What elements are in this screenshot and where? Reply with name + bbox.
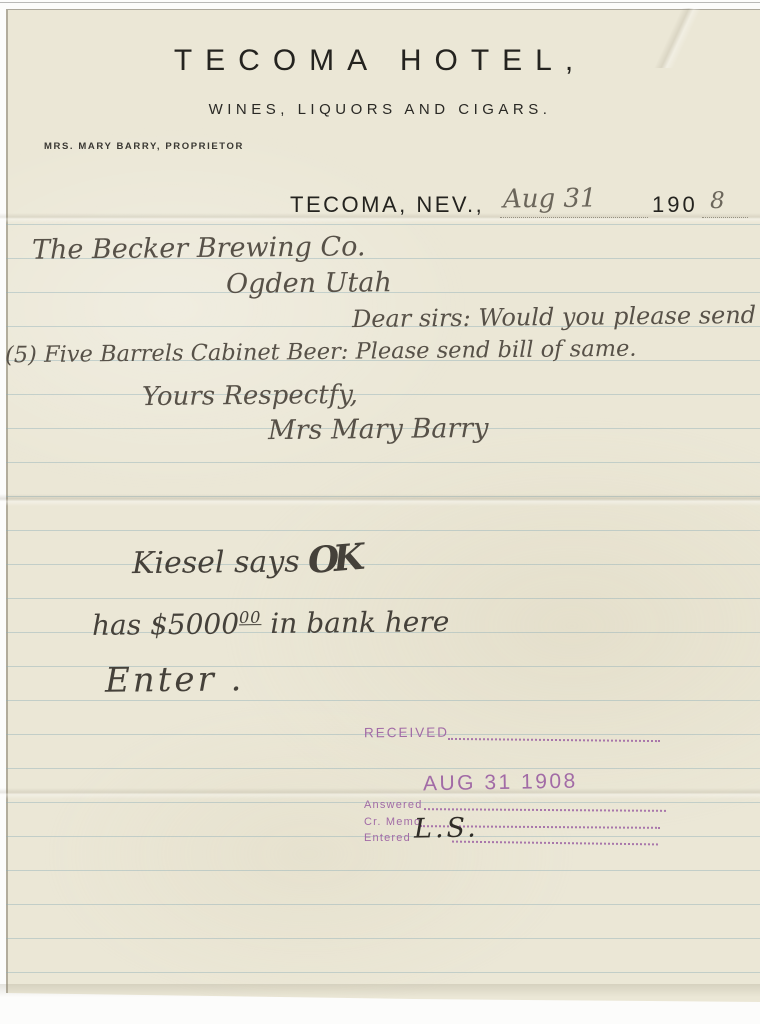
stamp-date: AUG 31 1908: [423, 770, 578, 797]
letter-signature: Mrs Mary Barry: [268, 413, 489, 446]
scanned-letter-page: TECOMA HOTEL, WINES, LIQUORS AND CIGARS.…: [0, 0, 760, 1024]
handwritten-date: Aug 31: [503, 184, 597, 215]
ok-monogram: OK: [306, 536, 360, 582]
letter-paper: [6, 9, 760, 1003]
scan-edge-line: [0, 2, 760, 3]
letter-recipient-city: Ogden Utah: [226, 267, 392, 300]
letter-closing: Yours Respectfy,: [142, 380, 358, 412]
letter-salutation: Dear sirs: Would you please send: [352, 301, 756, 333]
hotel-tagline: WINES, LIQUORS AND CIGARS.: [0, 101, 760, 118]
handwritten-year-digit: 8: [710, 188, 725, 214]
stamp-cr-memo-label: Cr. Memo: [364, 816, 421, 828]
date-dotted-rule: [500, 217, 648, 218]
memo-amount: has $5000: [92, 607, 239, 642]
printed-year-prefix: 190: [652, 192, 698, 218]
memo-amount-cents: 00: [239, 608, 262, 627]
memo-line-bank: has $500000 in bank here: [92, 605, 450, 642]
memo-line-kiesel-text: Kiesel says: [132, 544, 300, 581]
memo-line-enter: Enter .: [105, 659, 245, 700]
stamp-received-label: RECEIVED: [364, 725, 449, 741]
hotel-name: TECOMA HOTEL,: [0, 44, 760, 78]
year-dotted-rule: [702, 217, 748, 218]
letter-recipient: The Becker Brewing Co.: [32, 231, 366, 265]
stamp-entered-initials: L.S.: [414, 812, 479, 844]
memo-bank-text: in bank here: [261, 605, 449, 640]
memo-line-kiesel: Kiesel saysOK: [132, 538, 359, 582]
dateline-place: TECOMA, NEV.,: [290, 192, 484, 218]
stamp-answered-label: Answered: [364, 799, 423, 811]
stamp-entered-label: Entered: [364, 832, 411, 844]
proprietor-line: MRS. MARY BARRY, PROPRIETOR: [44, 141, 244, 152]
